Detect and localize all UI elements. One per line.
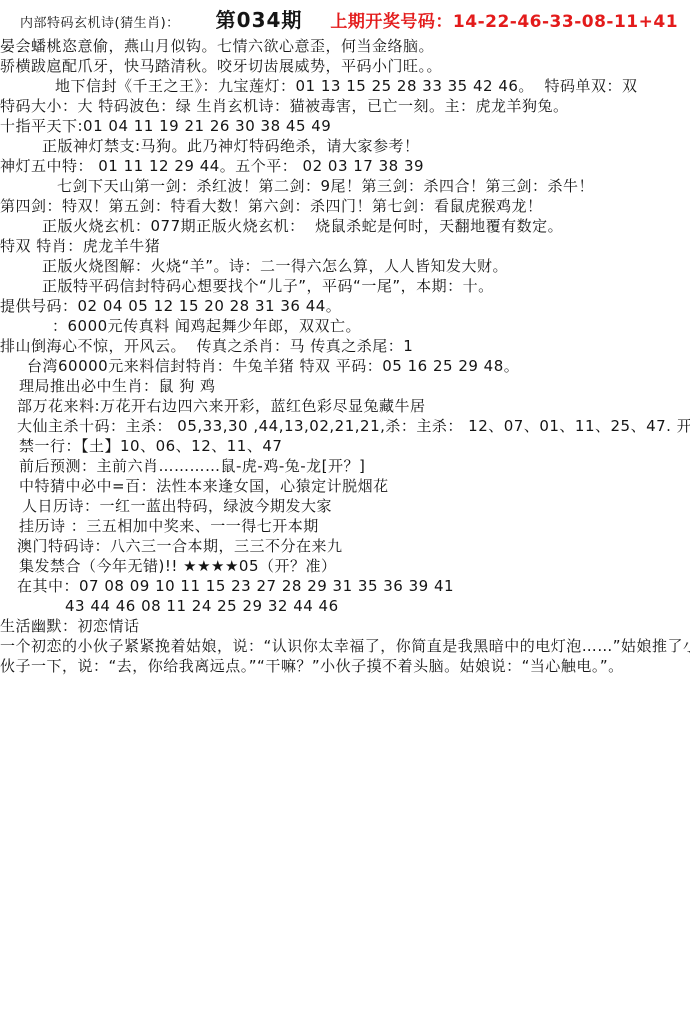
tip-line-fire-mystery: 正版火烧玄机：077期正版火烧玄机： 烧鼠杀蛇是何时，天翻地覆有数定。 (0, 216, 690, 236)
tip-line-size-color: 特码大小：大 特码波色：绿 生肖玄机诗：猫被毒害，已亡一刻。主：虎龙羊狗兔。 (0, 96, 690, 116)
poem-line: 骄横跋扈配爪牙，快马踏清秋。咬牙切齿展威势，平码小门旺。。 (0, 56, 690, 76)
tip-line-among-numbers-2: 43 44 46 08 11 24 25 29 32 44 46 (0, 596, 690, 616)
tip-line-jifa: 集发禁合（今年无错)!! ★★★★05（开？准） (0, 556, 690, 576)
humor-text-line: 一个初恋的小伙子紧紧挽着姑娘，说：“认识你太幸福了，你简直是我黑暗中的电灯泡……… (0, 636, 690, 656)
tip-line-lamp-five: 神灯五中特： 01 11 12 29 44。五个平： 02 03 17 38 3… (0, 156, 690, 176)
tip-line-forecast: 前后预测：主前六肖…………鼠-虎-鸡-兔-龙[开？] (0, 456, 690, 476)
tip-line-wall-calendar: 挂历诗 ：三五相加中奖来、一一得七开本期 (0, 516, 690, 536)
tip-line-numbers: 十指平天下:01 04 11 19 21 26 30 38 45 49 (0, 116, 690, 136)
tip-line-envelope: 地下信封《千王之王》：九宝莲灯：01 13 15 25 28 33 35 42 … (0, 76, 690, 96)
sheet-body: 晏会蟠桃恣意偷，燕山月似钩。七情六欲心意歪，何当金络脑。 骄横跋扈配爪牙，快马踏… (0, 35, 690, 676)
tip-line-macau-poem: 澳门特码诗：八六三一合本期，三三不分在来九 (0, 536, 690, 556)
tip-line-fax-kill: 排山倒海心不惊，开风云。 传真之杀肖：马 传真之杀尾：1 (0, 336, 690, 356)
last-draw-numbers: 上期开奖号码：14-22-46-33-08-11+41 (330, 7, 678, 32)
tip-line-seven-swords: 七剑下天山第一剑：杀红波！第二剑：9尾！第三剑：杀四合！第三剑：杀牛！ (0, 176, 690, 196)
humor-title: 生活幽默：初恋情话 (0, 616, 690, 636)
tip-line-taiwan: 台湾60000元来料信封特肖：牛兔羊猪 特双 平码：05 16 25 29 48… (0, 356, 690, 376)
humor-text-line: 伙子一下，说：“去，你给我离远点。”“干嘛？”小伙子摸不着头脑。姑娘说：“当心触… (0, 656, 690, 676)
sheet-title: 内部特码玄机诗(猜生肖)： (20, 12, 180, 31)
tip-line-immortal-kill: 大仙主杀十码：主杀： 05,33,30 ,44,13,02,21,21,杀：主杀… (0, 416, 690, 436)
tip-line-provided-numbers: 提供号码：02 04 05 12 15 20 28 31 36 44。 (0, 296, 690, 316)
tip-line-fire-diagram: 正版火烧图解：火烧“羊”。诗：二一得六怎么算，人人皆知发大财。 (0, 256, 690, 276)
tip-line-among-numbers: 在其中：07 08 09 10 11 15 23 27 28 29 31 35 … (0, 576, 690, 596)
tip-line-ban-row: 禁一行：【土】10、06、12、11、47 (0, 436, 690, 456)
tip-line-wanhua: 部万花来料:万花开右边四六来开彩，蓝红色彩尽显兔藏牛居 (0, 396, 690, 416)
tip-line-zodiac: 特双 特肖：虎龙羊牛猪 (0, 236, 690, 256)
tip-line-lamp-ban: 正版神灯禁支:马狗。此乃神灯特码绝杀，请大家参考！ (0, 136, 690, 156)
lottery-tip-sheet: 内部特码玄机诗(猜生肖)： 第034期 上期开奖号码：14-22-46-33-0… (0, 0, 690, 1013)
tip-line-flat-code: 正版特平码信封特码心想要找个“儿子”，平码“一尾”，本期：十。 (0, 276, 690, 296)
tip-line-swords-2: 第四剑：特双！第五剑：特看大数！第六剑：杀四门！第七剑：看鼠虎猴鸡龙！ (0, 196, 690, 216)
tip-line-calendar-poem: 人日历诗：一红一蓝出特码，绿波今期发大家 (0, 496, 690, 516)
poem-line: 晏会蟠桃恣意偷，燕山月似钩。七情六欲心意歪，何当金络脑。 (0, 36, 690, 56)
sheet-header: 内部特码玄机诗(猜生肖)： 第034期 上期开奖号码：14-22-46-33-0… (0, 0, 690, 35)
tip-line-guess: 中特猜中必中=百：法性本来逢女国，心猿定计脱烟花 (0, 476, 690, 496)
issue-number: 第034期 (216, 4, 303, 33)
tip-line-bureau: 理局推出必中生肖：鼠 狗 鸡 (0, 376, 690, 396)
tip-line-fax: ：6000元传真料 闻鸡起舞少年郎，双双亡。 (0, 316, 690, 336)
